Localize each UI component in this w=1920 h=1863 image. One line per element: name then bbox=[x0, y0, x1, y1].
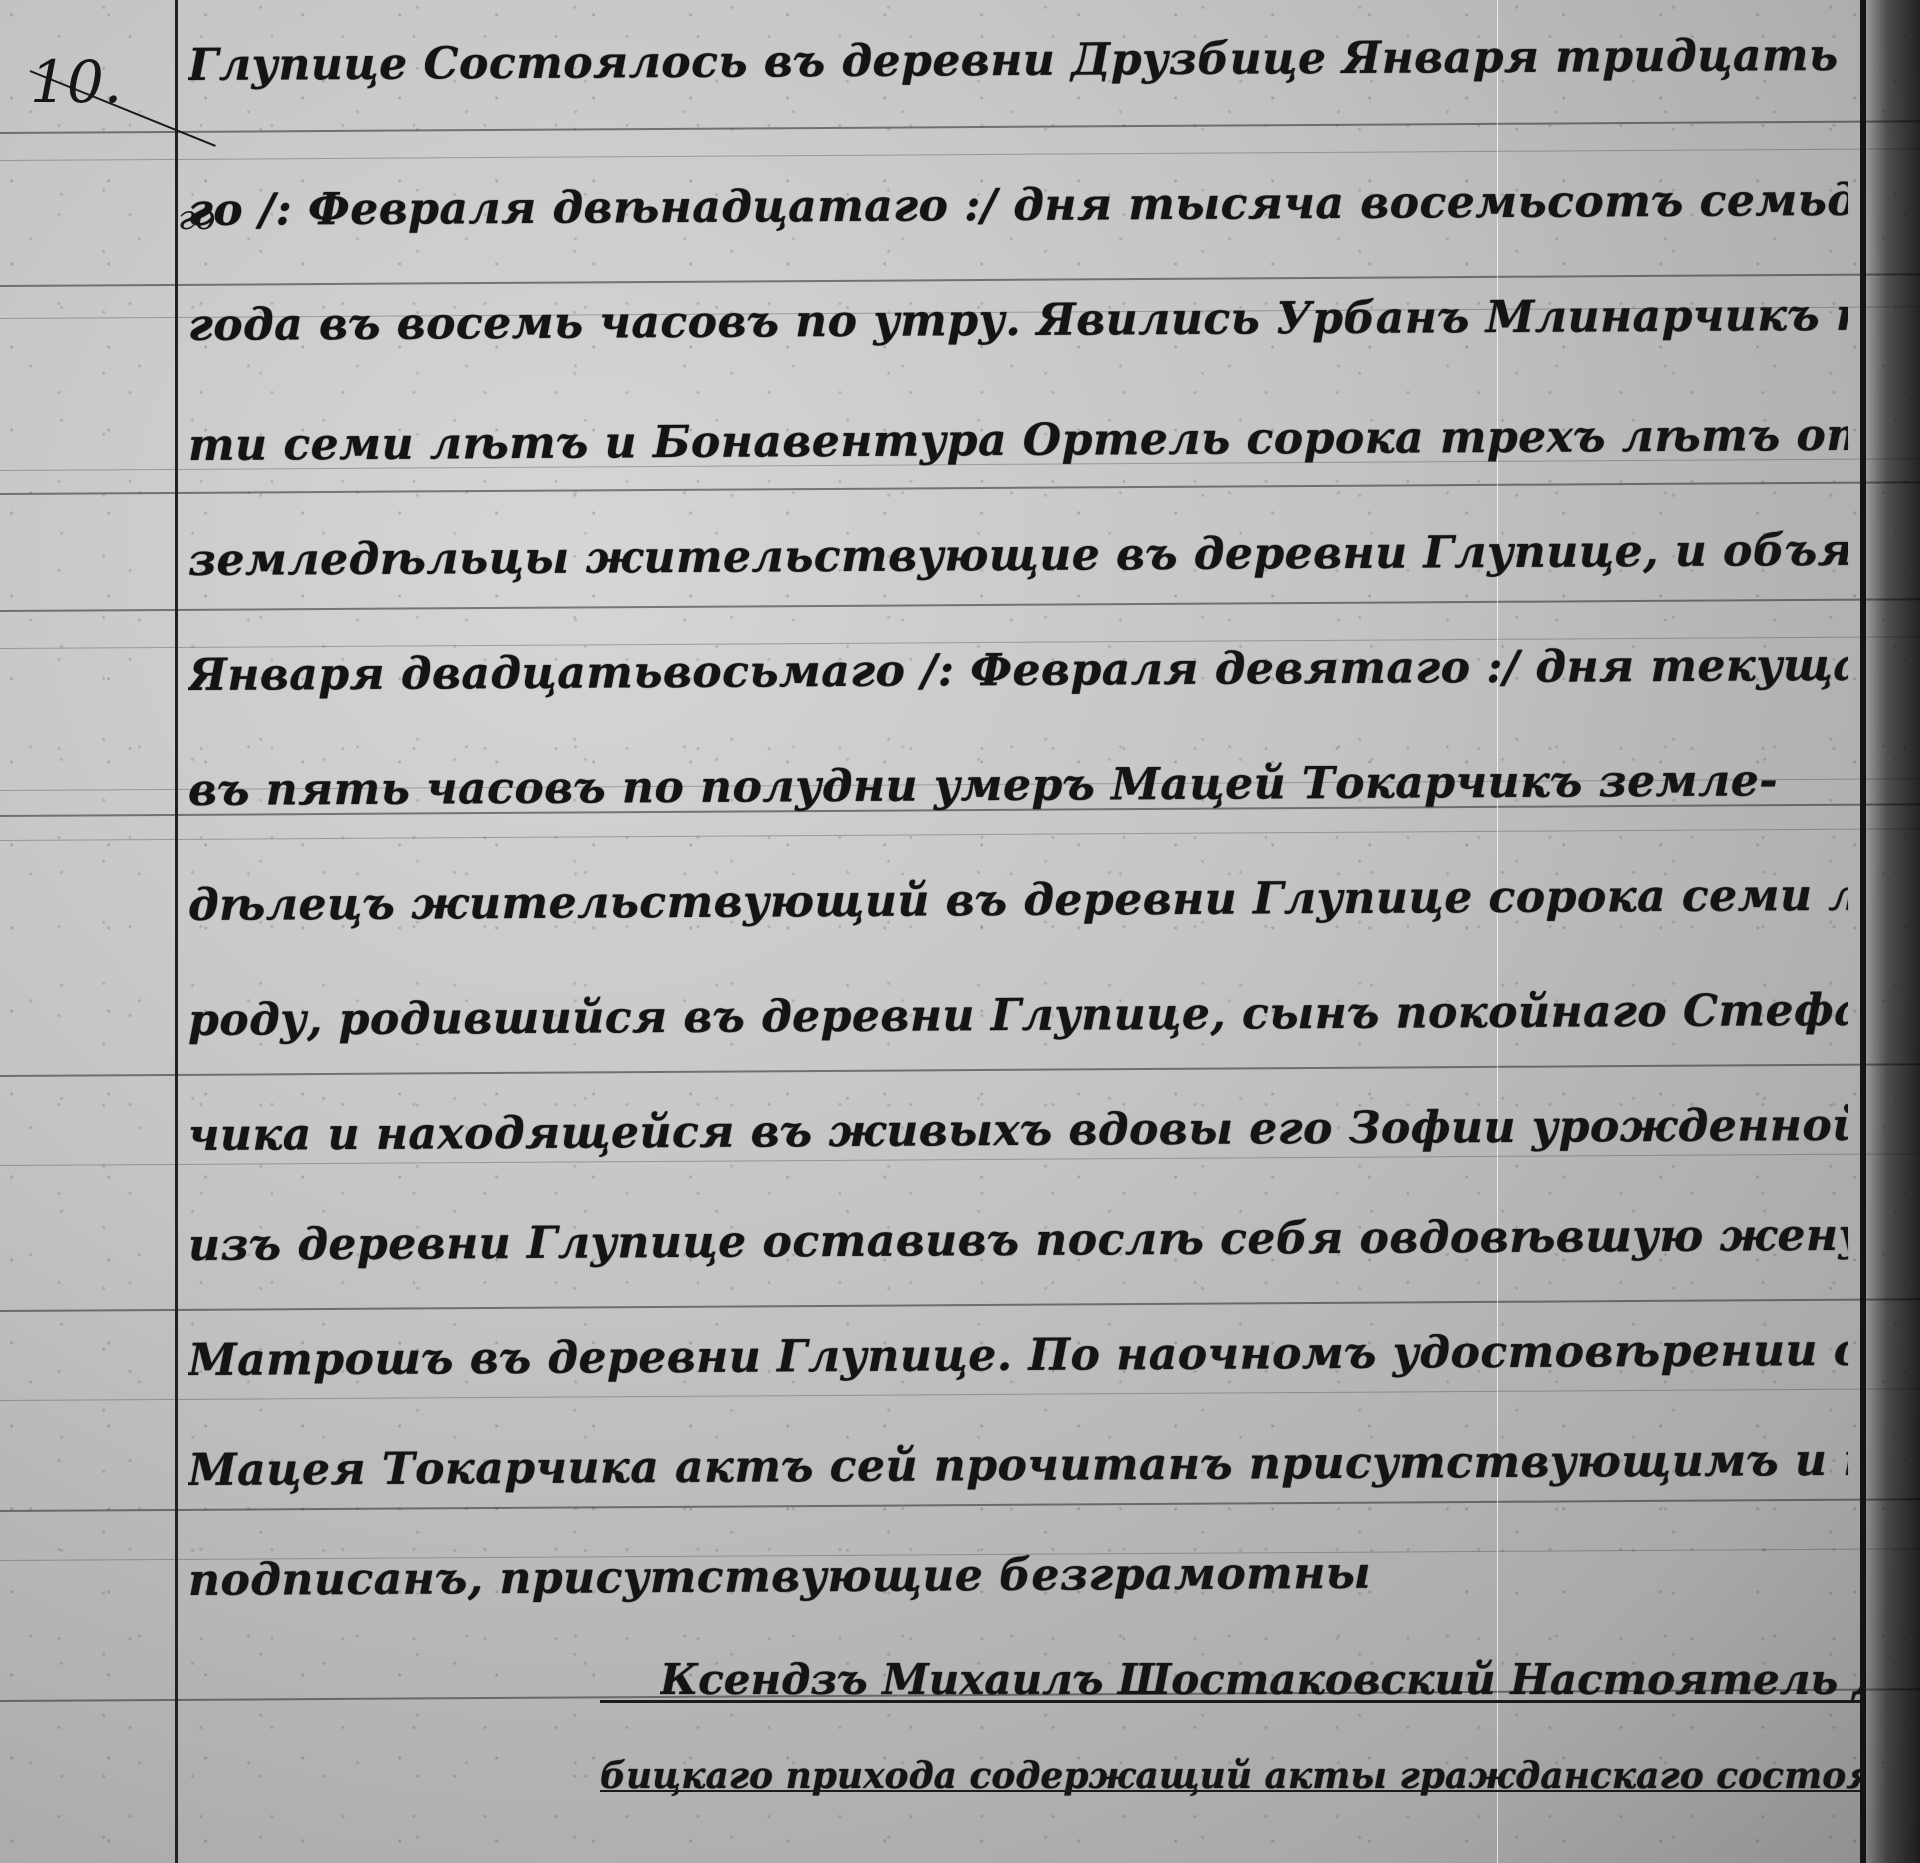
signature-underline-2 bbox=[600, 1790, 1860, 1792]
record-line-12: Матрошъ въ деревни Глупице. По наочномъ … bbox=[188, 1325, 1848, 1386]
record-line-7: въ пять часовъ по полудни умеръ Мацей То… bbox=[188, 755, 1848, 816]
record-line-5: земледѣльцы жительствующие въ деревни Гл… bbox=[188, 525, 1848, 586]
record-line-11: изъ деревни Глупице оставивъ послѣ себя … bbox=[188, 1210, 1848, 1271]
record-line-6: Января двадцатьвосьмаго /: Февраля девят… bbox=[188, 640, 1848, 701]
record-line-8: дѣлецъ жительствующий въ деревни Глупице… bbox=[188, 870, 1848, 931]
record-line-4: ти семи лѣтъ и Бонавентура Ортель сорока… bbox=[188, 410, 1848, 471]
record-line-2: го /: Февраля двѣнадцатаго :/ дня тысяча… bbox=[188, 175, 1848, 236]
record-line-10: чика и находящейся въ живыхъ вдовы его З… bbox=[188, 1100, 1848, 1161]
manuscript-page: 10. го Глупице Состоялось въ деревни Дру… bbox=[0, 0, 1920, 1863]
margin-rule bbox=[175, 0, 178, 1863]
record-line-14: подписанъ, присутствующие безграмотны bbox=[188, 1545, 1848, 1606]
signature-underline bbox=[600, 1700, 1860, 1703]
record-line-13: Мацея Токарчика актъ сей прочитанъ прису… bbox=[188, 1435, 1848, 1496]
record-line-9: роду, родившийся въ деревни Глупице, сын… bbox=[188, 985, 1848, 1046]
record-line-3: года въ восемь часовъ по утру. Явились У… bbox=[188, 290, 1848, 351]
record-line-1: Глупице Состоялось въ деревни Друзбице Я… bbox=[188, 30, 1848, 91]
page-edge-shadow bbox=[1860, 0, 1920, 1863]
entry-number: 10. bbox=[30, 48, 122, 116]
priest-signature-line-1: Ксендзъ Михаилъ Шостаковский Настоятель … bbox=[660, 1655, 1860, 1704]
